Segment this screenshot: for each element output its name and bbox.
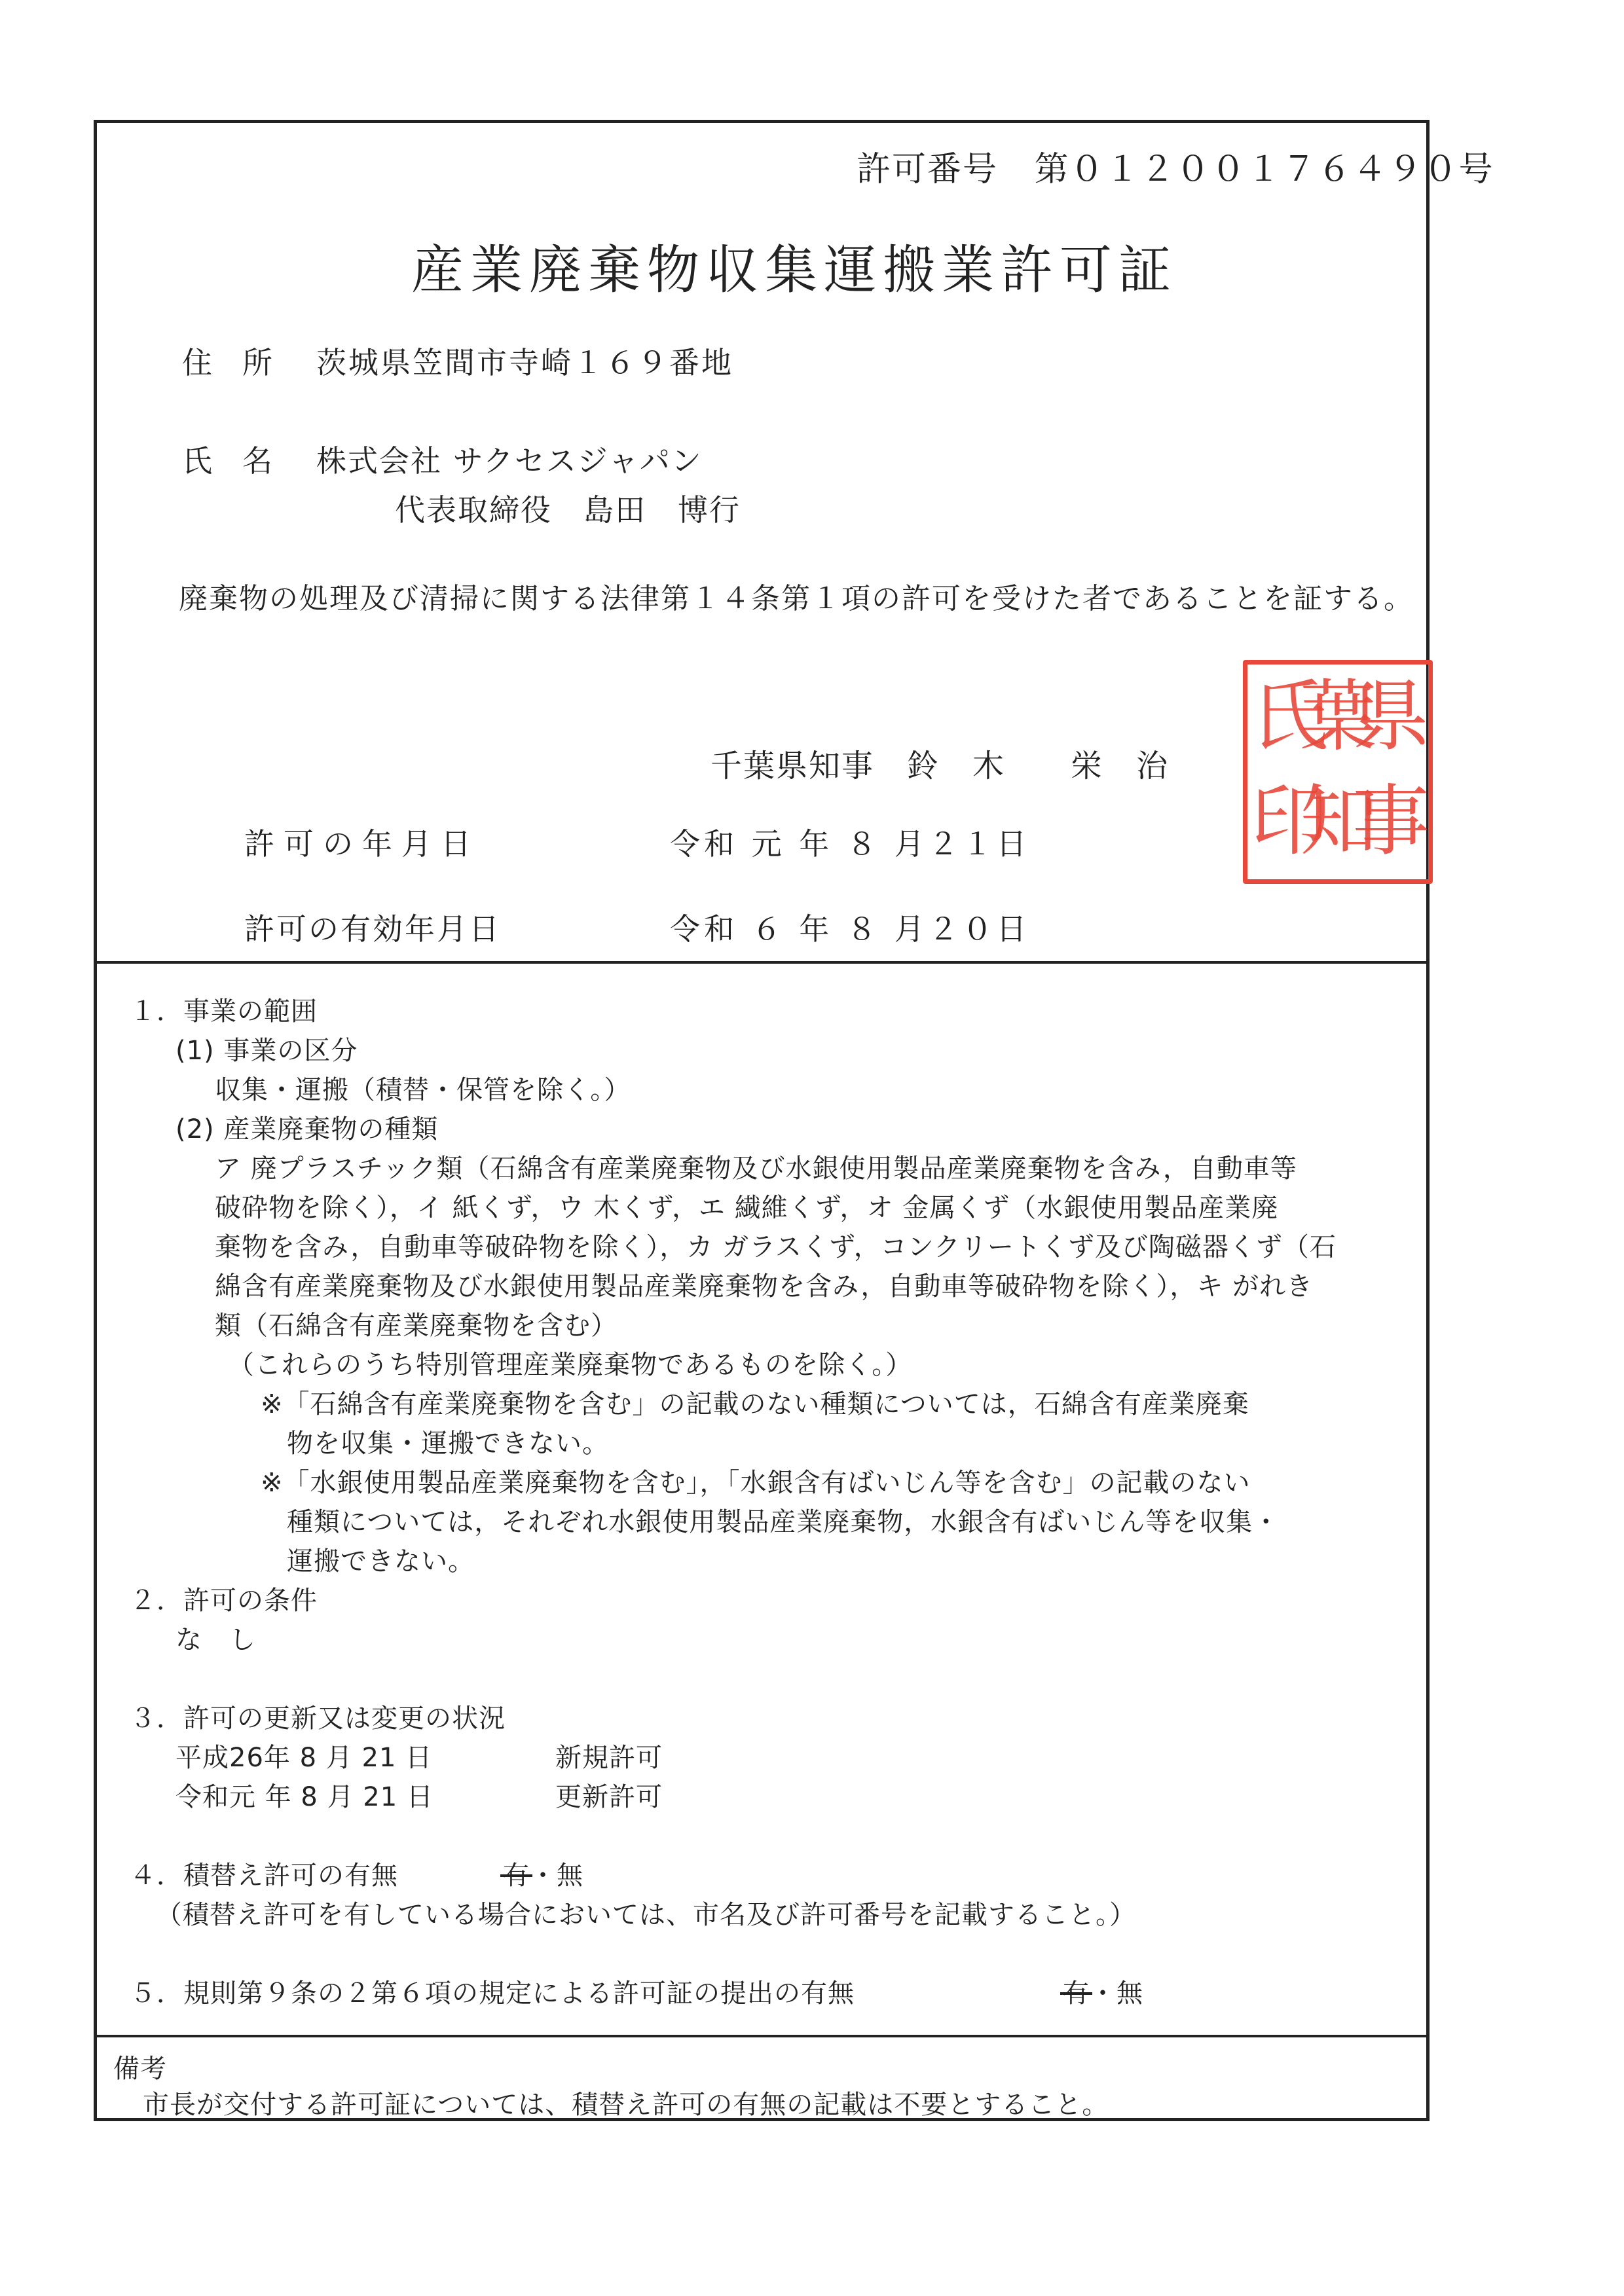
no-option: 無 [1116, 1978, 1143, 2009]
company-name: 株式会社 サクセスジャパン [316, 437, 703, 481]
permit-date-label: 許可の年月日 [244, 820, 480, 864]
representative-name: 代表取締役 島田 博行 [395, 486, 741, 530]
asbestos-note-line: ※「石綿含有産業廃棄物を含む」の記載のない種類については，石綿含有産業廃棄 [261, 1383, 1249, 1421]
expiry-date-value: 令和 ６ 年 ８ 月２０日 [670, 905, 1031, 949]
certificate-frame: 許可番号 第０１２００１７６４９０号 産業廃棄物収集運搬業許可証 住 所 茨城県… [94, 120, 1430, 2121]
exclusion-note: （これらのうち特別管理産業廃棄物であるものを除く。） [228, 1344, 912, 1381]
separator: ・ [530, 1861, 557, 1891]
waste-types-line: 綿含有産業廃棄物及び水銀使用製品産業廃棄物を含み，自動車等破砕物を除く），キ が… [215, 1266, 1313, 1303]
expiry-date-label: 許可の有効年月日 [244, 905, 501, 949]
mercury-note-line: 種類については，それぞれ水銀使用製品産業廃棄物，水銀含有ばいじん等を収集・ [287, 1501, 1280, 1539]
address-label: 住 所 [182, 339, 272, 382]
section-1-sub2-heading: (2) 産業廃棄物の種類 [175, 1108, 438, 1146]
section-3-heading: ３．許可の更新又は変更の状況 [130, 1698, 506, 1735]
address-value: 茨城県笠間市寺崎１６９番地 [316, 339, 733, 382]
separator: ・ [1090, 1978, 1116, 2009]
history-type: 新規許可 [555, 1737, 663, 1774]
seal-char: 氏 [1251, 678, 1328, 755]
no-option: 無 [557, 1861, 583, 1891]
remarks-divider [97, 2035, 1426, 2037]
business-category: 収集・運搬（積替・保管を除く。） [215, 1069, 631, 1106]
permit-number-label: 許可番号 [857, 150, 998, 189]
waste-types-line: 棄物を含み，自動車等破砕物を除く），カ ガラスくず，コンクリートくず及び陶磁器く… [215, 1226, 1337, 1264]
seal-char: 印 [1251, 782, 1328, 860]
history-date: 平成26年 8 月 21 日 [175, 1737, 432, 1774]
document-title: 産業廃棄物収集運搬業許可証 [411, 228, 1177, 303]
submission-yes-no: 有・無 [1063, 1973, 1143, 2010]
waste-types-line: 破砕物を除く），イ 紙くず，ウ 木くず，エ 繊維くず，オ 金属くず（水銀使用製品… [215, 1187, 1278, 1224]
section-divider [97, 961, 1426, 964]
asbestos-note-line: 物を収集・運搬できない。 [287, 1423, 609, 1460]
section-1-sub1-heading: (1) 事業の区分 [175, 1030, 358, 1067]
history-date: 令和元 年 8 月 21 日 [175, 1776, 434, 1813]
certification-statement: 廃棄物の処理及び清掃に関する法律第１４条第１項の許可を受けた者であることを証する… [179, 575, 1414, 617]
transshipment-yes-no: 有・無 [503, 1855, 583, 1892]
section-1-heading: １．事業の範囲 [130, 991, 318, 1028]
section-4-heading: ４．積替え許可の有無 [130, 1855, 398, 1892]
mercury-note-line: 運搬できない。 [287, 1540, 475, 1578]
section-5-heading: ５．規則第９条の２第６項の規定による許可証の提出の有無 [130, 1973, 855, 2010]
transshipment-note: （積替え許可を有している場合においては、市名及び許可番号を記載すること。） [156, 1894, 1136, 1931]
yes-option-struck: 有 [503, 1855, 530, 1892]
official-seal-stamp: 県 葉 氏 事 知 印 [1243, 660, 1433, 884]
waste-types-line: ア 廃プラスチック類（石綿含有産業廃棄物及び水銀使用製品産業廃棄物を含み，自動車… [215, 1148, 1297, 1185]
permit-conditions-value: な し [175, 1619, 256, 1656]
permit-number: 許可番号 第０１２００１７６４９０号 [857, 141, 1494, 191]
permit-date-value: 令和 元 年 ８ 月２１日 [670, 820, 1031, 864]
name-label: 氏 名 [182, 437, 272, 481]
yes-option-struck: 有 [1063, 1973, 1090, 2010]
remarks-heading: 備考 [113, 2048, 167, 2085]
mercury-note-line: ※「水銀使用製品産業廃棄物を含む」，「水銀含有ばいじん等を含む」の記載のない [261, 1462, 1251, 1499]
remarks-text: 市長が交付する許可証については、積替え許可の有無の記載は不要とすること。 [143, 2084, 1109, 2121]
section-2-heading: ２．許可の条件 [130, 1580, 318, 1617]
permit-number-value: 第０１２００１７６４９０号 [1035, 150, 1494, 189]
issuer-name: 千葉県知事 鈴 木 栄 治 [710, 740, 1169, 786]
waste-types-line: 類（石綿含有産業廃棄物を含む） [215, 1305, 618, 1342]
history-type: 更新許可 [555, 1776, 663, 1813]
